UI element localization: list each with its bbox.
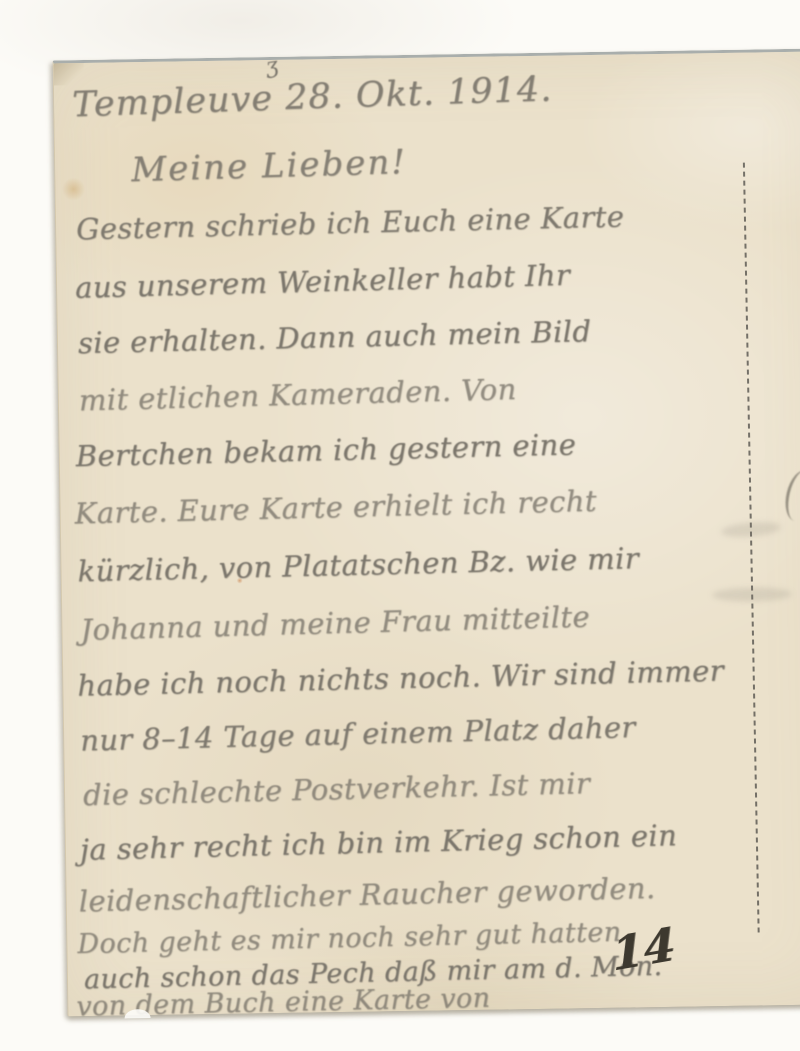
corner-fold bbox=[54, 63, 84, 85]
salutation: Meine Lieben! bbox=[131, 142, 408, 190]
handwriting-line: die schlechte Postverkehr. Ist mir bbox=[83, 766, 591, 812]
stray-pencil-mark: ʒ bbox=[264, 53, 280, 80]
handwriting-line: Bertchen bekam ich gestern eine bbox=[75, 427, 576, 473]
handwriting-line: ja sehr recht ich bin im Krieg schon ein bbox=[80, 818, 678, 867]
handwriting-line: aus unserem Weinkeller habt Ihr bbox=[75, 258, 571, 305]
handwriting-line: Karte. Eure Karte erhielt ich recht bbox=[74, 484, 597, 531]
handwriting-line: nur 8–14 Tage auf einem Platz daher bbox=[80, 710, 636, 758]
address-divider-line bbox=[743, 163, 760, 933]
handwriting-line: Johanna und meine Frau mitteilte bbox=[80, 599, 590, 646]
postcard: Templeuve 28. Okt. 1914. ʒ Meine Lieben!… bbox=[53, 48, 800, 1016]
handwriting-line: Gestern schrieb ich Euch eine Karte bbox=[76, 199, 625, 246]
scan-background: Templeuve 28. Okt. 1914. ʒ Meine Lieben!… bbox=[0, 0, 800, 1051]
pencil-curve-mark bbox=[781, 467, 800, 524]
handwriting-line: mit etlichen Kameraden. Von bbox=[78, 372, 517, 417]
overwritten-number: 14 bbox=[610, 917, 677, 982]
pencil-smudge bbox=[720, 520, 781, 539]
handwriting-line: kürzlich, von Platatschen Bz. wie mir bbox=[77, 541, 639, 588]
dateline: Templeuve 28. Okt. 1914. bbox=[72, 69, 553, 125]
handwriting-line: habe ich noch nichts noch. Wir sind imme… bbox=[77, 653, 724, 702]
handwriting-line: sie erhalten. Dann auch mein Bild bbox=[78, 314, 592, 360]
handwriting-line: leidenschaftlicher Raucher geworden. bbox=[78, 871, 655, 919]
pencil-smudge bbox=[712, 587, 792, 602]
